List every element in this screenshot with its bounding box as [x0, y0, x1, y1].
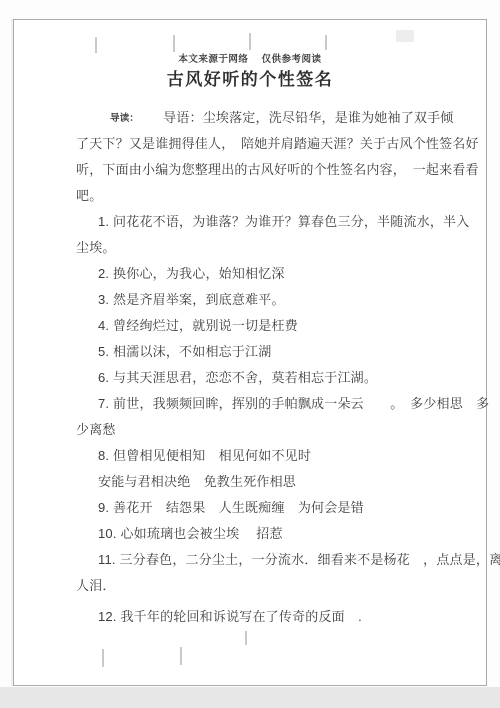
scan-artifact-line — [102, 649, 104, 667]
intro-text: 导语：尘埃落定，洗尽铅华，是谁为她袖了双手倾 — [163, 110, 453, 125]
scan-artifact-line — [180, 647, 182, 665]
list-item-line: 4. 曾经绚烂过，就别说一切是枉费 — [76, 313, 468, 339]
scan-artifact-line — [325, 35, 327, 50]
list-item-line: 5. 相濡以沫，不如相忘于江湖 — [76, 339, 468, 365]
source-note: 本文来源于网络 仅供参考阅读 — [0, 51, 500, 65]
list-item-line: 少离愁 — [76, 417, 468, 443]
list-item-line: 3. 然是齐眉举案，到底意难平。 — [76, 287, 468, 313]
list-item-line: 7. 前世，我频频回眸，挥别的手帕飘成一朵云 。 多少相思 多 — [76, 391, 468, 417]
list-item-line: 6. 与其天涯思君，恋恋不舍，莫若相忘于江湖。 — [76, 365, 468, 391]
scan-artifact-line — [249, 33, 251, 50]
page-title: 古风好听的个性签名 — [0, 65, 500, 90]
list-item-line: 2. 换你心，为我心，始知相忆深 — [76, 261, 468, 287]
list-item-line: 9. 善花开 结怨果 人生既痴缠 为何会是错 — [76, 495, 468, 521]
list-item-line: 11. 三分春色，二分尘土，一分流水．细看来不是杨花 ，点点是，离 — [76, 547, 468, 573]
intro-line: 吧。 — [76, 183, 468, 209]
intro-line: 了天下？又是谁拥得佳人， 陪她并肩踏遍天涯？关于古风个性签名好 — [76, 131, 468, 157]
scan-artifact-line — [173, 35, 175, 52]
list-item-line: 10. 心如琉璃也会被尘埃 招惹 — [76, 521, 468, 547]
intro-line: 听，下面由小编为您整理出的古风好听的个性签名内容， 一起来看看 — [76, 157, 468, 183]
list-item-line: 人泪． — [76, 573, 468, 599]
list-item-line: 12. 我千年的轮回和诉说写在了传奇的反面 . — [76, 604, 468, 630]
document-body: 导读：导语：尘埃落定，洗尽铅华，是谁为她袖了双手倾 了天下？又是谁拥得佳人， 陪… — [76, 105, 468, 630]
scan-background-strip — [0, 687, 500, 708]
scan-artifact-line — [245, 631, 247, 645]
intro-label: 导读： — [110, 113, 139, 124]
list-item-line: 安能与君相决绝 免教生死作相思 — [76, 469, 468, 495]
intro-line: 导读：导语：尘埃落定，洗尽铅华，是谁为她袖了双手倾 — [76, 105, 468, 131]
list-item-line: 尘埃。 — [76, 235, 468, 261]
list-item-line: 1. 问花花不语，为谁落？为谁开？算春色三分，半随流水，半入 — [76, 209, 468, 235]
list-item-line: 8. 但曾相见便相知 相见何如不见时 — [76, 443, 468, 469]
scan-artifact-smudge — [396, 30, 414, 42]
